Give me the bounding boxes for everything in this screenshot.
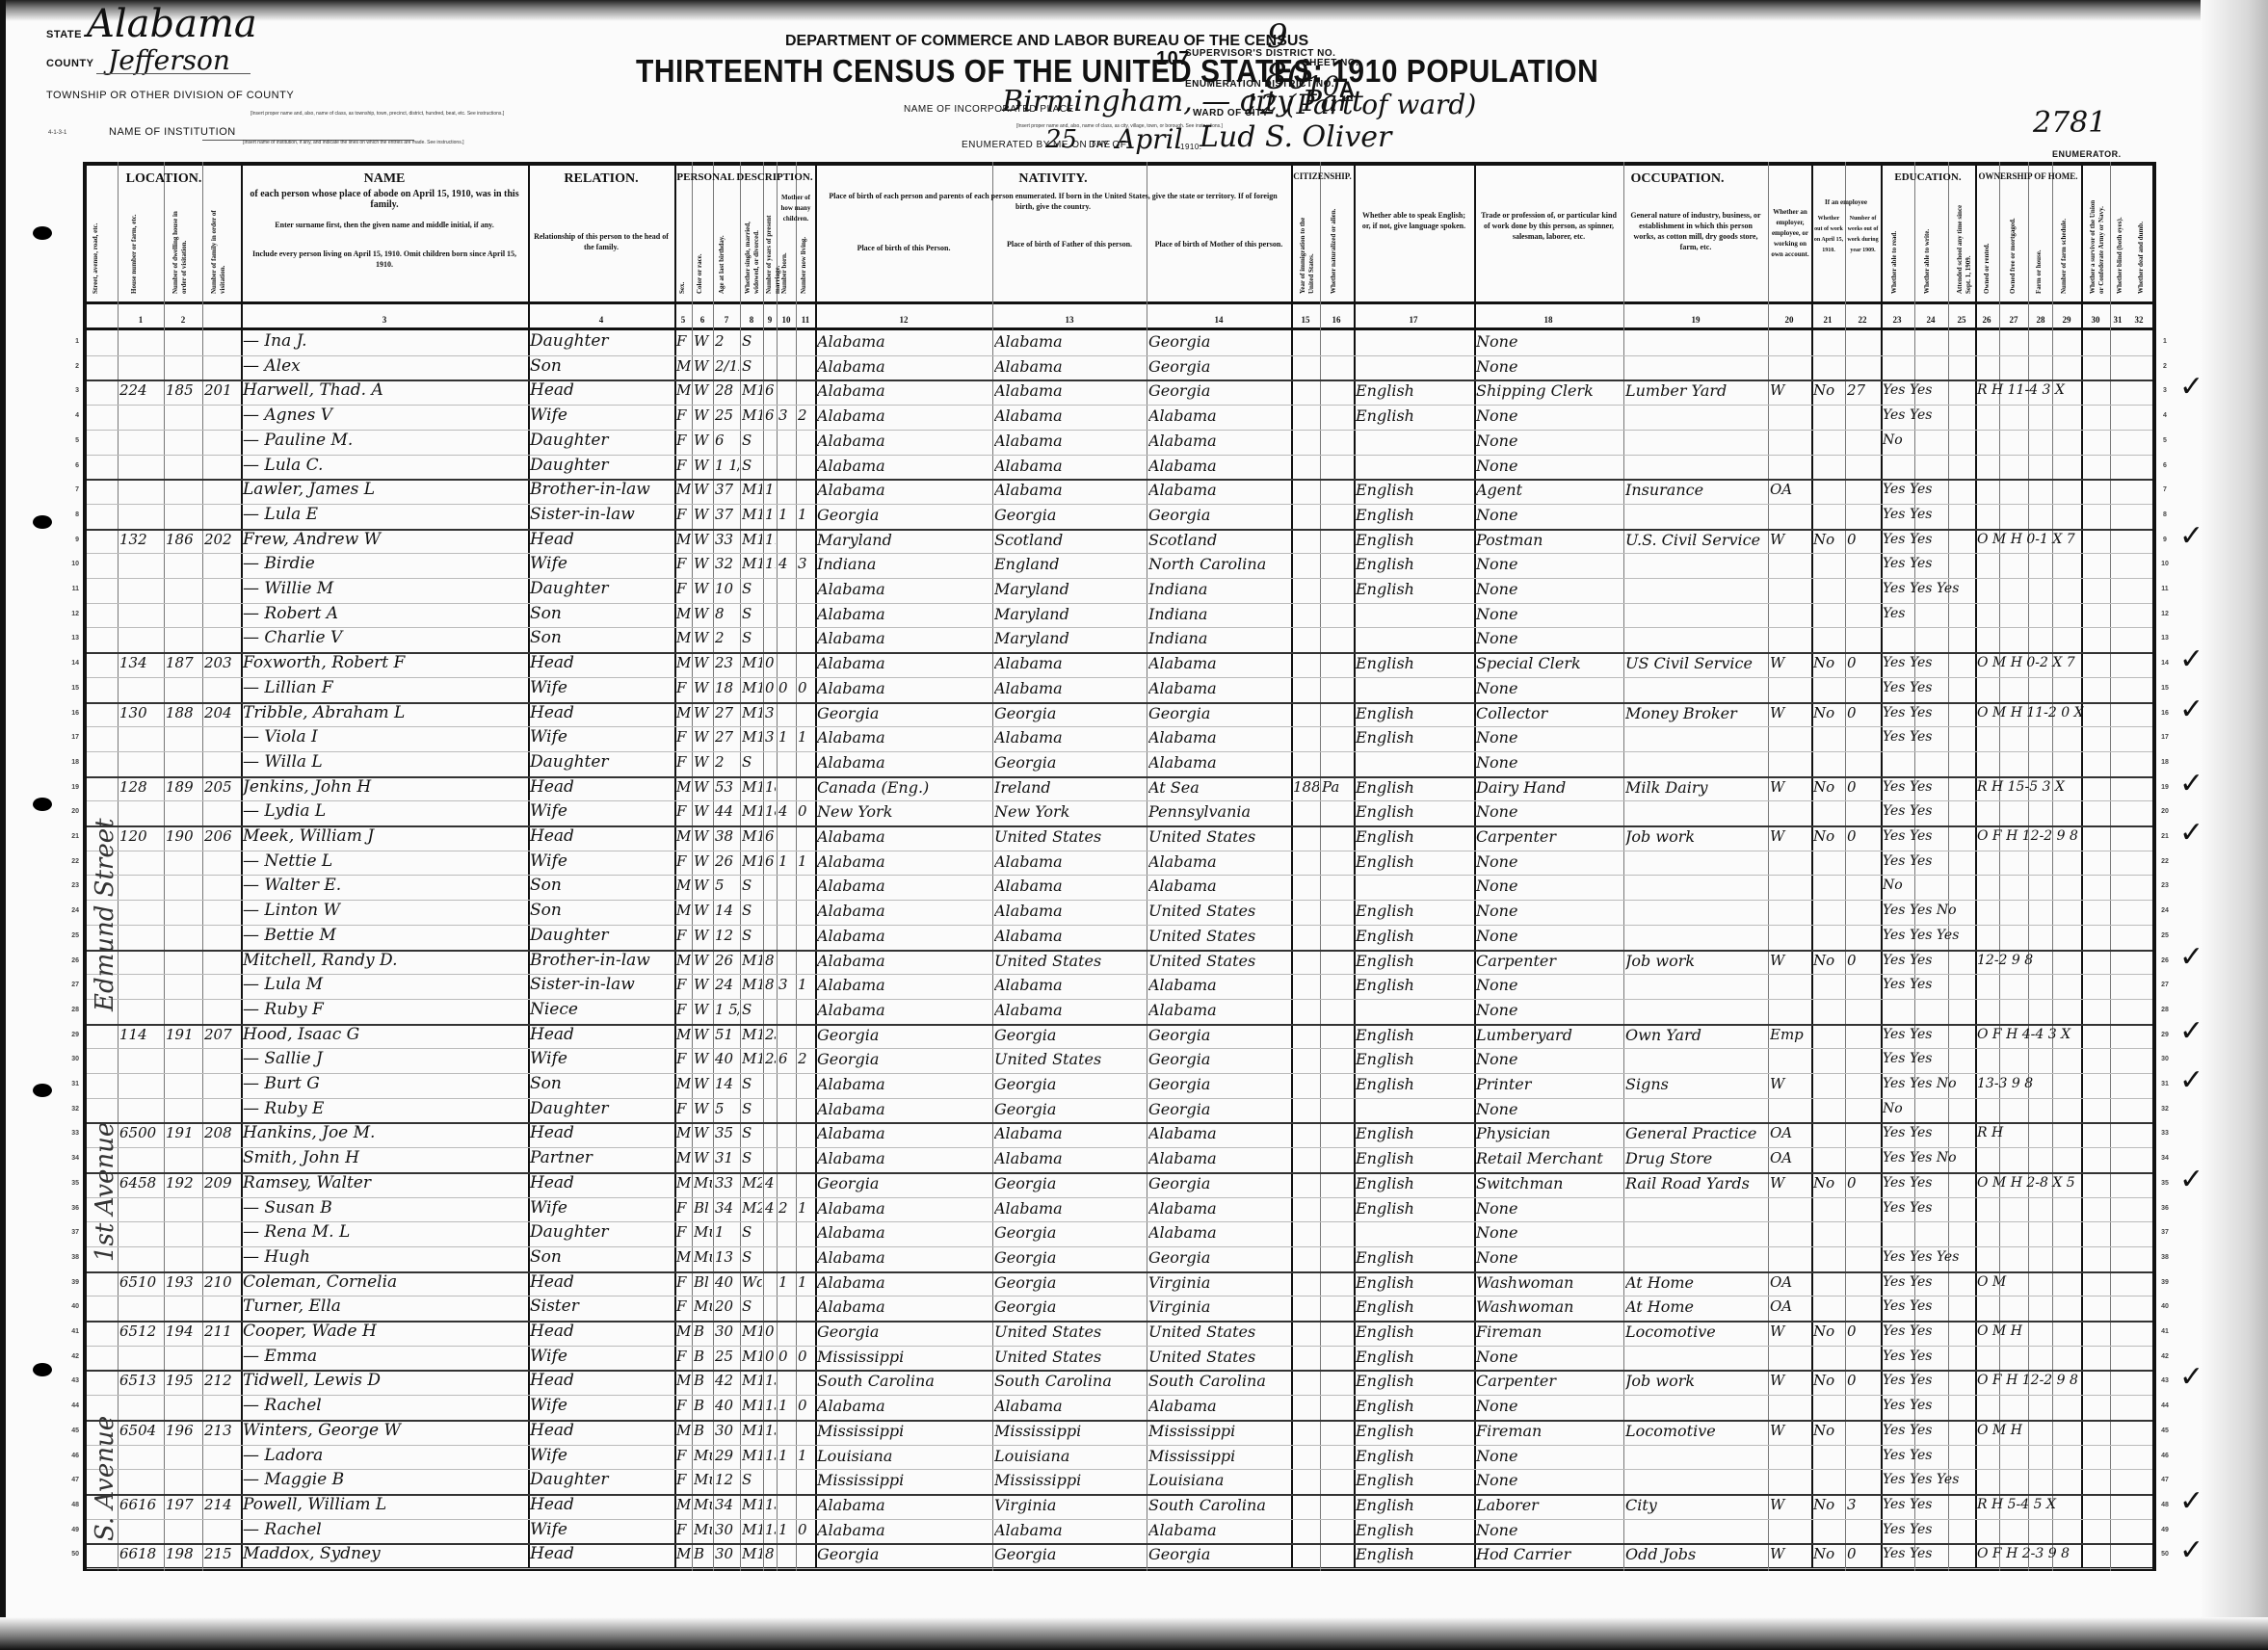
column-number: 17 (1404, 315, 1423, 325)
cell-rw: No (1883, 428, 1974, 454)
cell-sex: M (676, 477, 691, 503)
cell-marital: M1 (742, 1319, 762, 1345)
cell-relation: Daughter (530, 576, 673, 602)
cell-color: B (694, 1393, 712, 1419)
line-number: 20 (62, 808, 79, 815)
line-number: 11 (62, 586, 79, 592)
cell-marital: M1 (742, 502, 762, 528)
cell-family: 214 (204, 1492, 240, 1518)
cell-relation: Son (530, 354, 673, 380)
cell-yrs: 0 (765, 1344, 776, 1370)
line-number: 34 (2158, 1155, 2172, 1162)
cell-sex: F (676, 453, 691, 479)
cell-age: 35 (715, 1120, 739, 1146)
cell-yrs: 6 (765, 849, 776, 875)
cell-yrs: 3 (765, 724, 776, 750)
cell-color: W (694, 675, 712, 701)
column-number: 22 (1853, 315, 1872, 325)
cell-color: W (694, 923, 712, 949)
cell-trade: None (1476, 502, 1622, 528)
cell-age: 23 (715, 650, 739, 676)
cell-house: 6512 (119, 1319, 163, 1345)
cell-relation: Daughter (530, 923, 673, 949)
form-code: 4-1-3-1 (48, 130, 66, 136)
cell-rw: Yes Yes (1883, 502, 1974, 528)
cell-sex: M (676, 1170, 691, 1196)
header-if-employee: If an employee (1811, 197, 1881, 208)
cell-sex: M (676, 1244, 691, 1270)
cell-rw: Yes Yes (1883, 1294, 1974, 1320)
cell-yrs: 13 (765, 1418, 776, 1444)
cell-marital: S (742, 328, 762, 354)
line-number: 9 (62, 537, 79, 543)
cell-rw: Yes Yes Yes (1883, 576, 1974, 602)
cell-born: 1 (778, 1443, 795, 1469)
cell-relation: Head (530, 1541, 673, 1567)
column-number: 6 (693, 315, 712, 325)
cell-age: 42 (715, 1368, 739, 1394)
cell-rw: Yes Yes (1883, 1418, 1974, 1444)
cell-bpm: Alabama (1148, 849, 1290, 875)
cell-name: — Burt G (243, 1071, 527, 1097)
cell-eng: English (1356, 1443, 1473, 1469)
column-number: 27 (2004, 315, 2023, 325)
header-birth-father: Place of birth of Father of this person. (996, 239, 1143, 249)
cell-color: B (694, 1319, 712, 1345)
cell-bpf: Mississippi (994, 1418, 1146, 1444)
cell-house: 128 (119, 774, 163, 800)
cell-own: O F H 12-2 9 8 (1977, 824, 2151, 850)
cell-wks: 3 (1847, 1492, 1880, 1518)
cell-bpf: Maryland (994, 576, 1146, 602)
cell-bpf: Mississippi (994, 1467, 1146, 1493)
cell-name: — Rachel (243, 1517, 527, 1543)
cell-sex: M (676, 700, 691, 726)
line-number: 35 (2158, 1180, 2172, 1187)
cell-color: W (694, 799, 712, 825)
cell-name: — Lillian F (243, 675, 527, 701)
cell-relation: Head (530, 700, 673, 726)
cell-family: 202 (204, 527, 240, 553)
cell-yrs: 8 (765, 1541, 776, 1567)
cell-bpm: Georgia (1148, 1541, 1290, 1567)
cell-name: — Robert A (243, 601, 527, 627)
column-rule-thin (1320, 162, 1321, 1571)
cell-name: — Agnes V (243, 403, 527, 429)
line-number: 12 (62, 611, 79, 617)
cell-living: 1 (798, 1443, 814, 1469)
cell-relation: Brother-in-law (530, 948, 673, 974)
cell-rw: No (1883, 1096, 1974, 1122)
cell-bpf: New York (994, 799, 1146, 825)
cell-bpf: Georgia (994, 749, 1146, 775)
cell-yrs: 8 (765, 948, 776, 974)
line-number: 27 (62, 982, 79, 988)
cell-bpf: Georgia (994, 1244, 1146, 1270)
cell-dwelling: 185 (166, 378, 201, 404)
cell-rw: Yes Yes (1883, 403, 1974, 429)
cell-rw: Yes Yes (1883, 378, 1974, 404)
cell-emp: OA (1770, 1120, 1810, 1146)
cell-name: Meek, William J (243, 824, 527, 850)
cell-bpf: Alabama (994, 328, 1146, 354)
cell-trade: Washwoman (1476, 1294, 1622, 1320)
check-mark-icon: ✓ (2179, 642, 2203, 676)
group-location: LOCATION. (87, 171, 241, 187)
cell-bpf: Georgia (994, 1170, 1146, 1196)
cell-yrs: 13 (765, 1443, 776, 1469)
cell-bpm: Alabama (1148, 1517, 1290, 1543)
cell-bpf: Georgia (994, 700, 1146, 726)
cell-bp: New York (817, 799, 991, 825)
header-out-of-work: Whether out of work on April 15, 1910. (1813, 214, 1844, 256)
check-mark-icon: ✓ (2179, 370, 2203, 404)
group-education: EDUCATION. (1881, 171, 1975, 183)
cell-oow: No (1813, 774, 1844, 800)
column-number: 4 (592, 315, 611, 325)
cell-own: R H 5-4 5 X (1977, 1492, 2151, 1518)
cell-living: 0 (798, 675, 814, 701)
cell-age: 2 (715, 625, 739, 651)
cell-relation: Niece (530, 997, 673, 1023)
cell-sex: F (676, 749, 691, 775)
cell-wks: 0 (1847, 700, 1880, 726)
cell-rw: Yes Yes (1883, 477, 1974, 503)
cell-bp: Alabama (817, 328, 991, 354)
cell-sex: F (676, 997, 691, 1023)
cell-marital: Wd (742, 1270, 762, 1296)
header-naturalized: Whether naturalized or alien. (1330, 197, 1338, 294)
line-number: 34 (62, 1155, 79, 1162)
column-rule (2081, 162, 2083, 1571)
line-number: 36 (2158, 1205, 2172, 1212)
cell-wks: 0 (1847, 774, 1880, 800)
cell-eng: English (1356, 700, 1473, 726)
cell-sex: F (676, 403, 691, 429)
cell-industry: Drug Store (1625, 1145, 1767, 1171)
cell-rw: Yes Yes (1883, 724, 1974, 750)
line-number: 46 (62, 1453, 79, 1459)
column-rule-thin (796, 162, 797, 1571)
column-number: 12 (894, 315, 913, 325)
cell-marital: S (742, 625, 762, 651)
cell-bpf: Alabama (994, 972, 1146, 998)
cell-color: W (694, 453, 712, 479)
cell-sex: M (676, 1120, 691, 1146)
cell-age: 14 (715, 898, 739, 924)
cell-own: R H 11-4 3 X (1977, 378, 2151, 404)
column-number: 18 (1539, 315, 1558, 325)
cell-emp: OA (1770, 1294, 1810, 1320)
cell-family: 205 (204, 774, 240, 800)
cell-sex: F (676, 799, 691, 825)
cell-family: 215 (204, 1541, 240, 1567)
cell-own: O F H 4-4 3 X (1977, 1022, 2151, 1048)
cell-marital: M1 (742, 650, 762, 676)
cell-bpf: Alabama (994, 849, 1146, 875)
cell-eng: English (1356, 1270, 1473, 1296)
line-number: 20 (2158, 808, 2172, 815)
cell-family: 210 (204, 1270, 240, 1296)
cell-born: 1 (778, 1517, 795, 1543)
line-number: 23 (2158, 882, 2172, 889)
cell-sex: M (676, 1492, 691, 1518)
header-english: Whether able to speak English; or, if no… (1358, 210, 1469, 231)
cell-own: O M H 0-1 X 7 (1977, 527, 2151, 553)
cell-rw: Yes Yes (1883, 551, 1974, 577)
cell-bp: Alabama (817, 1071, 991, 1097)
cell-sex: M (676, 650, 691, 676)
cell-born: 1 (778, 849, 795, 875)
cell-name: — Hugh (243, 1244, 527, 1270)
cell-color: Bl (694, 1270, 712, 1296)
header-color: Color or race. (696, 197, 704, 294)
cell-rw: Yes Yes (1883, 849, 1974, 875)
line-number: 29 (62, 1032, 79, 1038)
cell-age: 53 (715, 774, 739, 800)
line-number: 31 (2158, 1081, 2172, 1087)
line-number: 42 (2158, 1353, 2172, 1360)
cell-relation: Head (530, 1022, 673, 1048)
cell-relation: Wife (530, 675, 673, 701)
cell-wks: 0 (1847, 1541, 1880, 1567)
cell-name: — Lula C. (243, 453, 527, 479)
cell-trade: Laborer (1476, 1492, 1622, 1518)
cell-marital: S (742, 873, 762, 899)
cell-sex: M (676, 1541, 691, 1567)
cell-bpf: Alabama (994, 898, 1146, 924)
cell-color: W (694, 551, 712, 577)
cell-relation: Wife (530, 1344, 673, 1370)
line-number: 37 (62, 1229, 79, 1236)
header-school: Attended school any time since Sept. 1, … (1956, 197, 1973, 294)
cell-eng: English (1356, 774, 1473, 800)
cell-trade: Fireman (1476, 1418, 1622, 1444)
cell-industry: General Practice (1625, 1120, 1767, 1146)
header-name-sub2: Include every person living on April 15,… (246, 249, 523, 270)
cell-age: 2/12 (715, 354, 739, 380)
binder-hole (33, 226, 52, 240)
cell-born: 3 (778, 403, 795, 429)
cell-color: B (694, 1541, 712, 1567)
cell-marital: S (742, 601, 762, 627)
column-rule-thin (1623, 162, 1624, 1571)
cell-age: 34 (715, 1195, 739, 1221)
header-employer: Whether an employer, employee, or workin… (1771, 207, 1809, 260)
cell-marital: M1 (742, 1393, 762, 1419)
cell-family: 211 (204, 1319, 240, 1345)
cell-name: Maddox, Sydney (243, 1541, 527, 1567)
cell-trade: Postman (1476, 527, 1622, 553)
cell-marital: M1 (742, 1418, 762, 1444)
cell-bpf: Georgia (994, 1219, 1146, 1245)
line-number: 35 (62, 1180, 79, 1187)
cell-relation: Head (530, 378, 673, 404)
cell-marital: M1 (742, 403, 762, 429)
column-rule-thin (2110, 162, 2111, 1571)
cell-yrs: 1 (765, 477, 776, 503)
cell-age: 30 (715, 1517, 739, 1543)
cell-bp: Canada (Eng.) (817, 774, 991, 800)
group-relation: RELATION. (528, 171, 674, 187)
cell-sex: F (676, 428, 691, 454)
cell-bp: Alabama (817, 749, 991, 775)
cell-family: 206 (204, 824, 240, 850)
cell-relation: Head (530, 1170, 673, 1196)
cell-living: 2 (798, 1046, 814, 1072)
column-number: 14 (1209, 315, 1228, 325)
cell-eng: English (1356, 1071, 1473, 1097)
cell-name: — Charlie V (243, 625, 527, 651)
cell-color: W (694, 477, 712, 503)
cell-relation: Wife (530, 1046, 673, 1072)
cell-emp: W (1770, 1418, 1810, 1444)
cell-trade: None (1476, 625, 1622, 651)
cell-name: — Sallie J (243, 1046, 527, 1072)
cell-bp: Alabama (817, 354, 991, 380)
cell-bp: Alabama (817, 824, 991, 850)
line-number: 37 (2158, 1229, 2172, 1236)
cell-age: 29 (715, 1443, 739, 1469)
cell-trade: None (1476, 551, 1622, 577)
cell-rw: Yes Yes (1883, 527, 1974, 553)
cell-yrs: 23 (765, 1046, 776, 1072)
cell-rw: Yes Yes (1883, 650, 1974, 676)
check-mark-icon: ✓ (2179, 767, 2203, 800)
line-number: 43 (2158, 1377, 2172, 1384)
cell-age: 20 (715, 1294, 739, 1320)
cell-marital: M2 (742, 1195, 762, 1221)
line-number: 22 (62, 858, 79, 865)
cell-color: W (694, 849, 712, 875)
line-number: 41 (2158, 1328, 2172, 1335)
cell-relation: Son (530, 873, 673, 899)
cell-bpm: Alabama (1148, 1145, 1290, 1171)
cell-relation: Wife (530, 403, 673, 429)
cell-family: 203 (204, 650, 240, 676)
cell-bpm: Alabama (1148, 1195, 1290, 1221)
line-number: 10 (2158, 561, 2172, 567)
cell-sex: M (676, 774, 691, 800)
cell-eng: English (1356, 1022, 1473, 1048)
cell-trade: Agent (1476, 477, 1622, 503)
cell-trade: None (1476, 328, 1622, 354)
cell-age: 33 (715, 1170, 739, 1196)
cell-industry: Rail Road Yards (1625, 1170, 1767, 1196)
cell-bpm: Alabama (1148, 724, 1290, 750)
cell-marital: S (742, 1071, 762, 1097)
cell-color: Mu (694, 1170, 712, 1196)
cell-name: Hood, Isaac G (243, 1022, 527, 1048)
cell-yrs: 13 (765, 1492, 776, 1518)
street-name-note: 1st Avenue (91, 1122, 119, 1262)
column-rule (1975, 162, 1977, 1571)
cell-bpf: Louisiana (994, 1443, 1146, 1469)
cell-relation: Daughter (530, 1096, 673, 1122)
cell-rw: Yes Yes (1883, 972, 1974, 998)
cell-trade: None (1476, 799, 1622, 825)
line-number: 15 (62, 685, 79, 692)
cell-relation: Daughter (530, 1219, 673, 1245)
cell-trade: Collector (1476, 700, 1622, 726)
cell-bpm: Indiana (1148, 601, 1290, 627)
cell-bpm: Alabama (1148, 1219, 1290, 1245)
column-rule-thin (740, 162, 741, 1571)
cell-yrs: 6 (765, 378, 776, 404)
cell-name: — Birdie (243, 551, 527, 577)
cell-trade: None (1476, 1517, 1622, 1543)
cell-rw: Yes Yes (1883, 1443, 1974, 1469)
column-rule-thin (1768, 162, 1769, 1571)
cell-trade: Dairy Hand (1476, 774, 1622, 800)
binder-hole (33, 515, 52, 529)
cell-marital: S (742, 1294, 762, 1320)
cell-name: Harwell, Thad. A (243, 378, 527, 404)
cell-born: 0 (778, 1344, 795, 1370)
cell-marital: M1 (742, 1443, 762, 1469)
cell-trade: None (1476, 428, 1622, 454)
column-rule-thin (2052, 162, 2053, 1571)
cell-born: 6 (778, 1046, 795, 1072)
line-number: 30 (62, 1056, 79, 1062)
cell-age: 33 (715, 527, 739, 553)
cell-own: 13-3 9 8 (1977, 1071, 2151, 1097)
cell-own: O M H (1977, 1319, 2151, 1345)
cell-emp: OA (1770, 1145, 1810, 1171)
cell-rw: Yes Yes (1883, 1319, 1974, 1345)
cell-sex: F (676, 551, 691, 577)
line-number: 38 (2158, 1254, 2172, 1261)
cell-trade: None (1476, 749, 1622, 775)
cell-trade: None (1476, 849, 1622, 875)
cell-own: R H (1977, 1120, 2151, 1146)
line-number: 44 (62, 1402, 79, 1409)
cell-born: 1 (778, 502, 795, 528)
cell-bpm: South Carolina (1148, 1368, 1290, 1394)
cell-relation: Wife (530, 799, 673, 825)
cell-rw: Yes Yes No (1883, 898, 1974, 924)
cell-bpf: Alabama (994, 675, 1146, 701)
cell-bp: Alabama (817, 403, 991, 429)
cell-sex: F (676, 923, 691, 949)
cell-age: 25 (715, 1344, 739, 1370)
cell-eng: English (1356, 1368, 1473, 1394)
group-citizenship: CITIZENSHIP. (1291, 171, 1354, 181)
line-number: 33 (2158, 1130, 2172, 1137)
line-number: 24 (62, 907, 79, 914)
cell-wks: 0 (1847, 650, 1880, 676)
cell-emp: W (1770, 378, 1810, 404)
cell-marital: M1 (742, 972, 762, 998)
cell-rw: Yes Yes (1883, 1022, 1974, 1048)
cell-rw: Yes Yes (1883, 700, 1974, 726)
cell-rw: Yes Yes No (1883, 1145, 1974, 1171)
line-number: 23 (62, 882, 79, 889)
row-rule (87, 1568, 2152, 1569)
column-number: 10 (777, 315, 796, 325)
street-name-note: S. Avenue (91, 1416, 119, 1541)
cell-eng: English (1356, 502, 1473, 528)
cell-bp: Alabama (817, 675, 991, 701)
cell-marital: M1 (742, 948, 762, 974)
cell-sex: M (676, 601, 691, 627)
cell-trade: None (1476, 576, 1622, 602)
cell-dwelling: 187 (166, 650, 201, 676)
cell-sex: M (676, 1071, 691, 1097)
line-number: 19 (62, 784, 79, 791)
line-number: 8 (2158, 511, 2172, 518)
cell-sex: M (676, 1418, 691, 1444)
